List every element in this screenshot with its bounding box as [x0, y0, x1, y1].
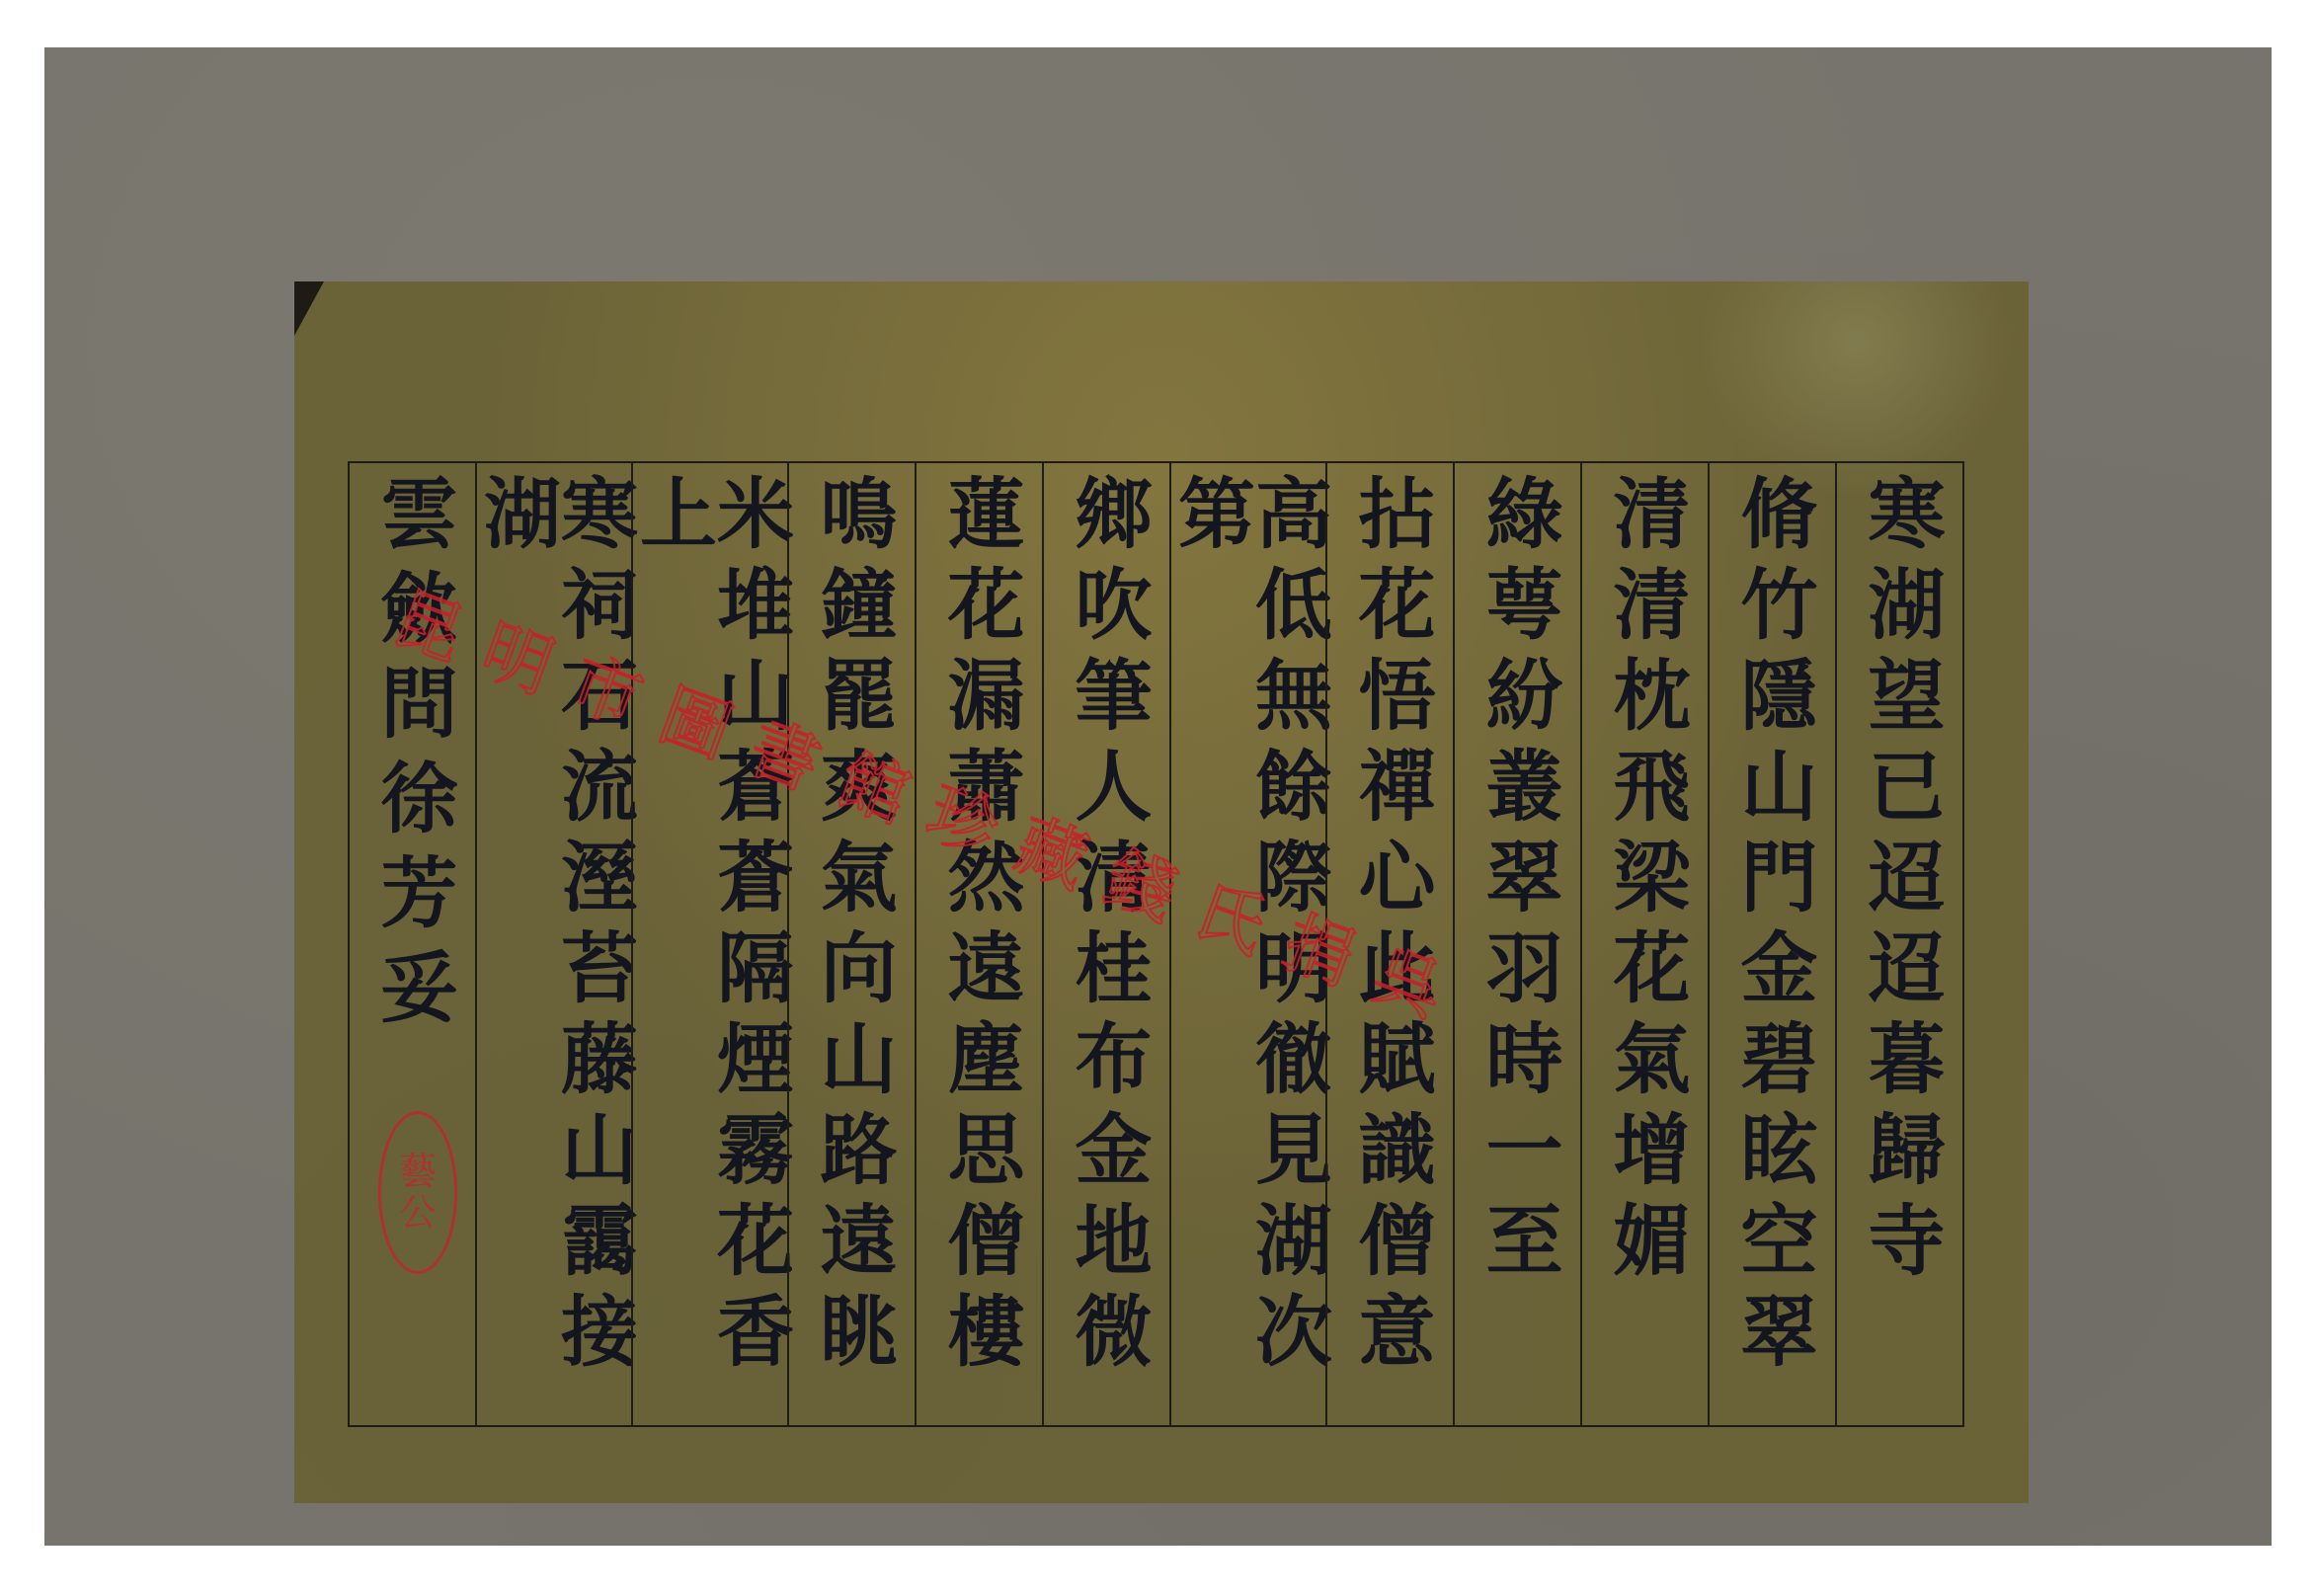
text-column-8: 蓮花漏蕭然遠塵思僧樓	[915, 463, 1042, 1425]
text-column-10: 米堆山蒼蒼隔煙霧花香上	[631, 463, 787, 1425]
paper-corner-mount-tab	[294, 281, 324, 336]
text-column-3: 清清枕飛梁花氣增媚	[1580, 463, 1708, 1425]
column-text: 綠萼紛叢翠羽時一至	[1479, 473, 1557, 1291]
artist-seal-icon: 藝 公	[378, 1111, 457, 1274]
text-column-4: 綠萼紛叢翠羽時一至	[1453, 463, 1580, 1425]
ruled-column-grid: 寒湖望已迢迢暮歸寺 脩竹隱山門金碧眩空翠 清清枕飛梁花氣增媚 綠萼紛叢翠羽時一至…	[348, 461, 1964, 1427]
signature-text: 雲歛問徐芳妥	[374, 473, 451, 1042]
column-text: 脩竹隱山門金碧眩空翠	[1734, 473, 1811, 1382]
text-column-9: 鳴鐘罷爽氣向山路遠眺	[787, 463, 915, 1425]
column-text: 清清枕飛梁花氣增媚	[1607, 473, 1684, 1291]
text-column-1: 寒湖望已迢迢暮歸寺	[1835, 463, 1962, 1425]
column-text: 米堆山蒼蒼隔煙霧花香上	[633, 473, 787, 1425]
text-column-2: 脩竹隱山門金碧眩空翠	[1708, 463, 1835, 1425]
seal-char: 藝	[399, 1152, 437, 1193]
column-text: 鳴鐘罷爽氣向山路遠眺	[814, 473, 891, 1382]
text-column-7: 鄉吹筆人清桂布金地微	[1042, 463, 1169, 1425]
column-text: 寒湖望已迢迢暮歸寺	[1862, 473, 1939, 1291]
seal-char: 公	[399, 1193, 437, 1235]
column-text: 蓮花漏蕭然遠塵思僧樓	[941, 473, 1018, 1382]
